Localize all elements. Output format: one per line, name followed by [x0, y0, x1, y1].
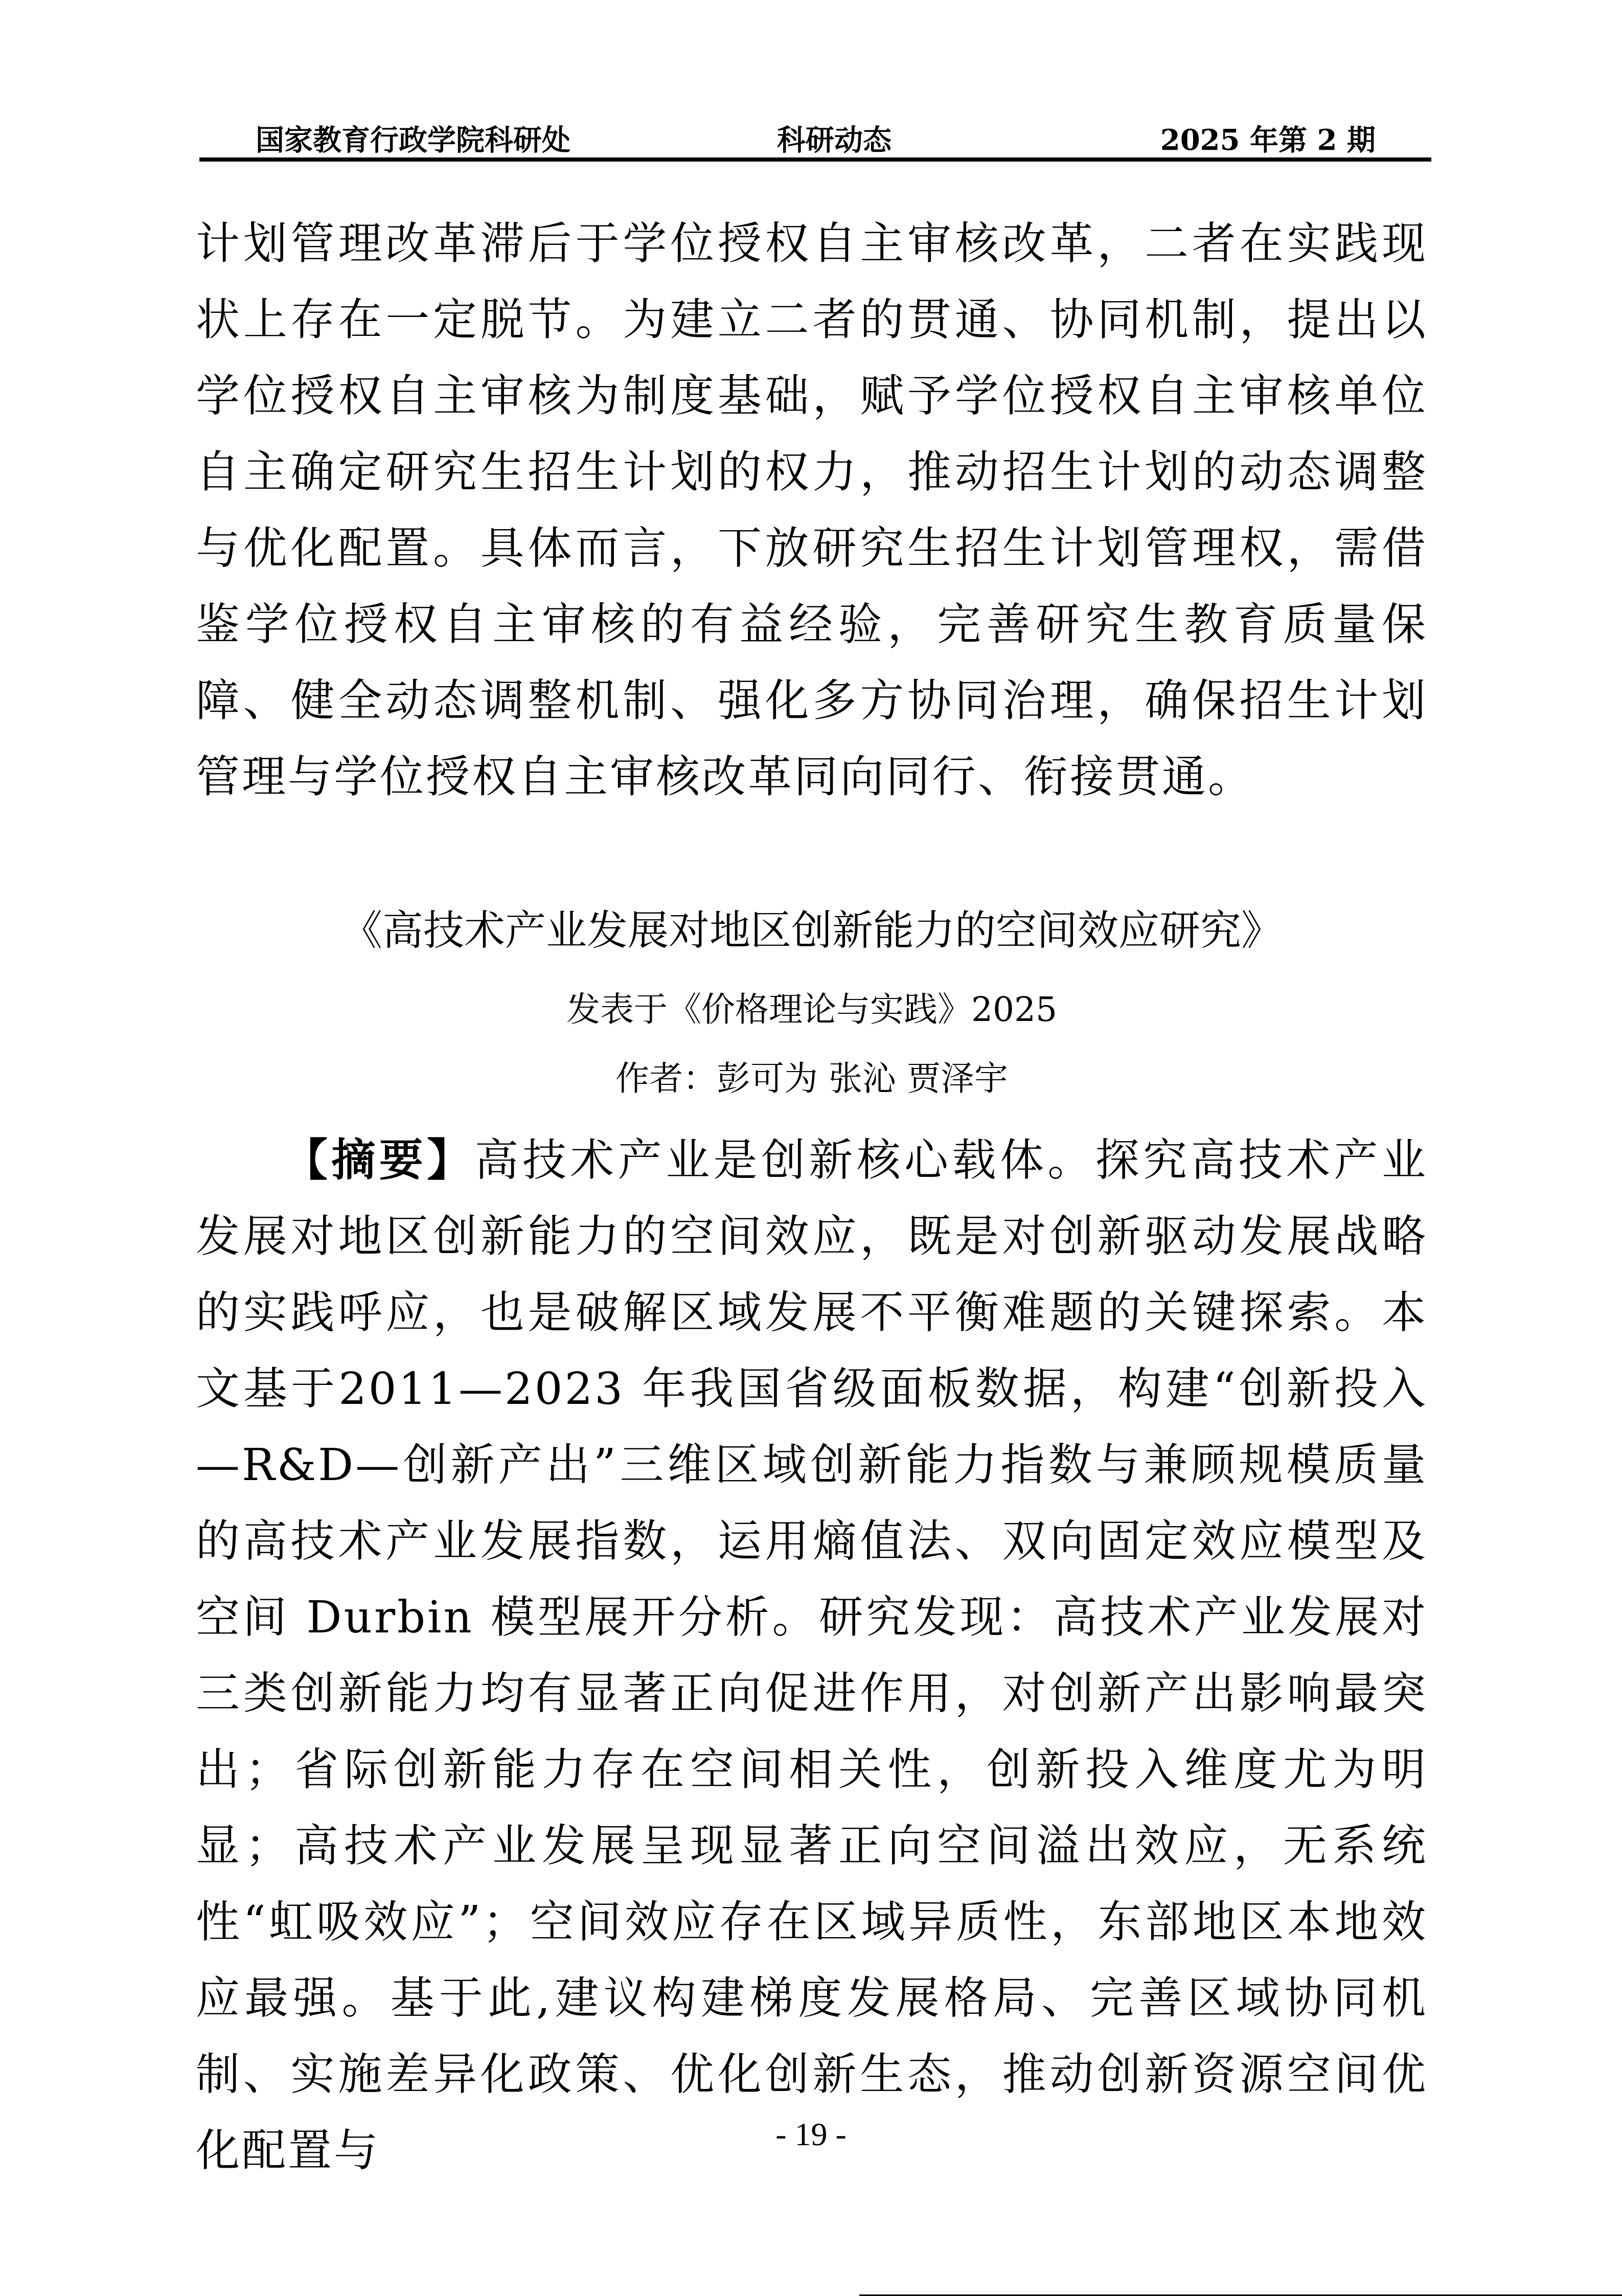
abstract-paragraph: 【摘要】高技术产业是创新核心载体。探究高技术产业发展对地区创新能力的空间效应，既… [196, 1122, 1428, 2189]
article-publication: 发表于《价格理论与实践》2025 [196, 984, 1428, 1035]
header-issue: 2025 年第 2 期 [1160, 118, 1376, 158]
article-authors: 作者：彭可为 张沁 贾泽宇 [196, 1053, 1428, 1104]
continued-paragraph: 计划管理改革滞后于学位授权自主审核改革，二者在实践现状上存在一定脱节。为建立二者… [196, 206, 1428, 815]
header-publication: 科研动态 [777, 118, 892, 158]
article-title: 《高技术产业发展对地区创新能力的空间效应研究》 [196, 900, 1428, 961]
header-institution: 国家教育行政学院科研处 [256, 118, 570, 158]
abstract-label: 【摘要】 [284, 1134, 475, 1186]
header-divider [199, 157, 1431, 162]
page-number: - 19 - [0, 2116, 1622, 2153]
running-header: 国家教育行政学院科研处 科研动态 2025 年第 2 期 [199, 118, 1432, 164]
abstract-text: 高技术产业是创新核心载体。探究高技术产业发展对地区创新能力的空间效应，既是对创新… [196, 1135, 1428, 2176]
